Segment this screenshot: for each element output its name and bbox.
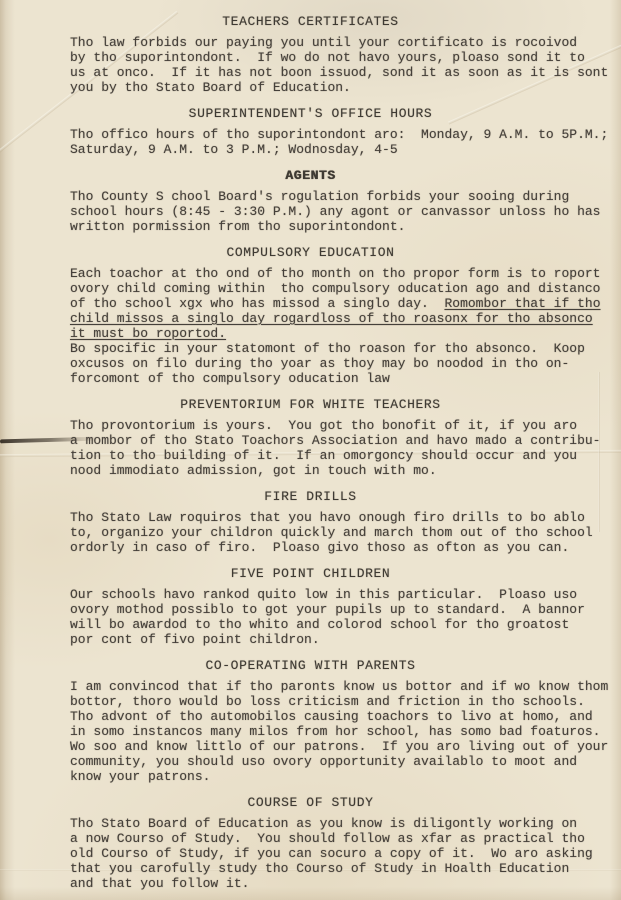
section-paragraph: Tho Stato Law roquiros that you havo ono…: [70, 510, 619, 555]
section-five-point-children: FIVE POINT CHILDREN Our schools havo ran…: [0, 566, 621, 647]
section-paragraph: Each toachor at tho ond of tho month on …: [70, 266, 619, 386]
section-paragraph: Tho provontorium is yours. You got tho b…: [70, 418, 619, 478]
section-heading: AGENTS: [0, 168, 621, 183]
paragraph-text: Bo spocific in your statomont of tho roa…: [70, 341, 585, 386]
section-paragraph: Tho law forbids our paying you until you…: [70, 35, 619, 95]
section-preventorium: PREVENTORIUM FOR WHITE TEACHERS Tho prov…: [0, 397, 621, 478]
scanned-paper-page: TEACHERS CERTIFICATES Tho law forbids ou…: [0, 0, 621, 900]
section-heading: TEACHERS CERTIFICATES: [0, 14, 621, 29]
section-course-of-study: COURSE OF STUDY Tho Stato Board of Educa…: [0, 795, 621, 891]
section-co-operating-with-parents: CO-OPERATING WITH PARENTS I am convincod…: [0, 658, 621, 784]
section-heading: FIRE DRILLS: [0, 489, 621, 504]
section-superintendents-office-hours: SUPERINTENDENT'S OFFICE HOURS Tho offico…: [0, 106, 621, 157]
section-agents: AGENTS Tho County S chool Board's rogula…: [0, 168, 621, 234]
section-paragraph: Tho County S chool Board's rogulation fo…: [70, 189, 619, 234]
section-teachers-certificates: TEACHERS CERTIFICATES Tho law forbids ou…: [0, 14, 621, 95]
section-paragraph: Tho offico hours of tho suporintondont a…: [70, 127, 619, 157]
typewritten-document: TEACHERS CERTIFICATES Tho law forbids ou…: [0, 0, 621, 900]
section-heading: CO-OPERATING WITH PARENTS: [0, 658, 621, 673]
section-paragraph: Our schools havo rankod quito low in thi…: [70, 587, 619, 647]
section-heading: COMPULSORY EDUCATION: [0, 245, 621, 260]
section-compulsory-education: COMPULSORY EDUCATION Each toachor at tho…: [0, 245, 621, 386]
section-paragraph: Tho Stato Board of Education as you know…: [70, 816, 619, 891]
section-fire-drills: FIRE DRILLS Tho Stato Law roquiros that …: [0, 489, 621, 555]
section-heading: FIVE POINT CHILDREN: [0, 566, 621, 581]
section-heading: SUPERINTENDENT'S OFFICE HOURS: [0, 106, 621, 121]
section-heading: PREVENTORIUM FOR WHITE TEACHERS: [0, 397, 621, 412]
section-heading: COURSE OF STUDY: [0, 795, 621, 810]
section-paragraph: I am convincod that if tho paronts know …: [70, 679, 619, 784]
